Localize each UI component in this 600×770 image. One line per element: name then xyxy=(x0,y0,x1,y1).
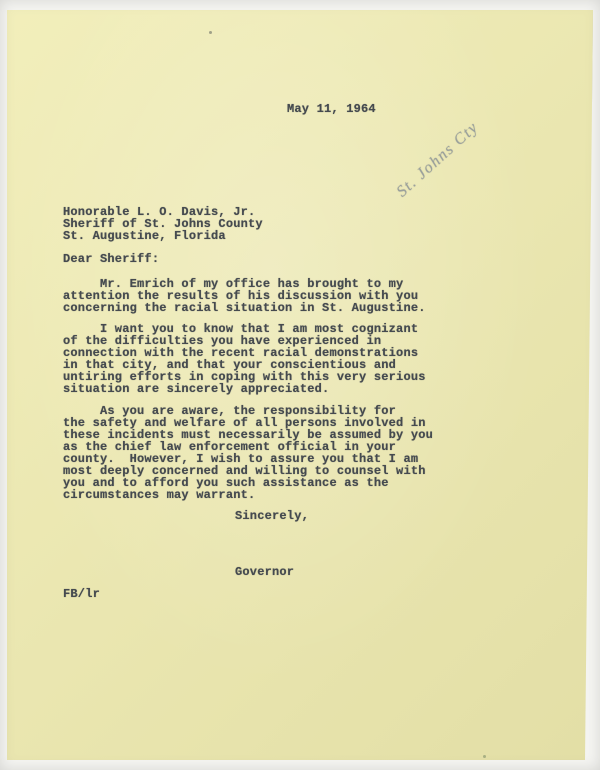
paper-speck xyxy=(209,31,212,34)
salutation: Dear Sheriff: xyxy=(63,253,159,265)
closing-valediction: Sincerely, xyxy=(235,510,309,522)
body-paragraph-2: I want you to know that I am most cogniz… xyxy=(63,323,426,395)
letter-paper: May 11, 1964 St. Johns Cty Honorable L. … xyxy=(7,10,593,760)
body-paragraph-3: As you are aware, the responsibility for… xyxy=(63,405,433,501)
signature-title: Governor xyxy=(235,566,294,578)
body-paragraph-1: Mr. Emrich of my office has brought to m… xyxy=(63,278,426,314)
scanned-letter-canvas: May 11, 1964 St. Johns Cty Honorable L. … xyxy=(0,0,600,770)
reference-initials: FB/lr xyxy=(63,588,100,600)
handwritten-annotation: St. Johns Cty xyxy=(394,81,525,201)
letter-date: May 11, 1964 xyxy=(287,103,376,115)
recipient-address-block: Honorable L. O. Davis, Jr. Sheriff of St… xyxy=(63,206,263,242)
paper-speck xyxy=(483,755,486,758)
